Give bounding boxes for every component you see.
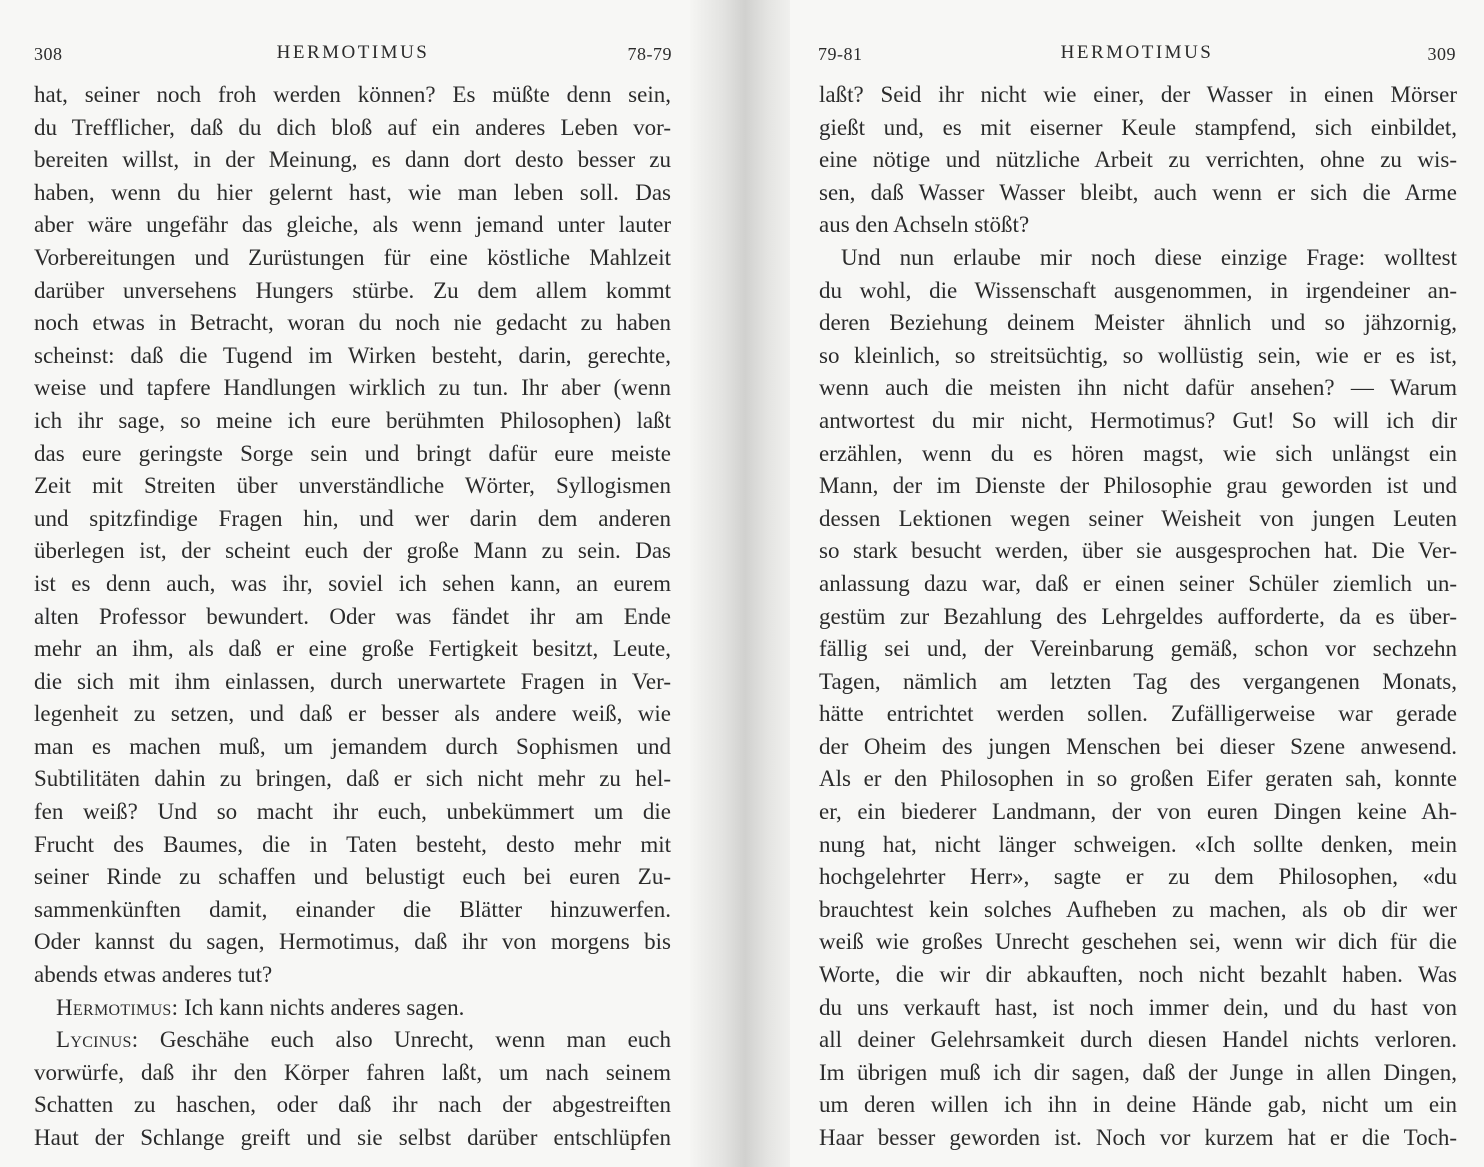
text-line: du uns verkauft hast, ist noch immer dei… (819, 992, 1457, 1025)
text-line: darüber unversehens Hungers stürbe. Zu d… (34, 275, 671, 308)
text-line: Subtilitäten dahin zu bringen, daß er si… (34, 763, 671, 796)
text-line: eine nötige und nützliche Arbeit zu verr… (819, 144, 1457, 177)
text-line: hat, seiner noch froh werden können? Es … (34, 79, 671, 112)
left-body-text: hat, seiner noch froh werden können? Es … (34, 79, 671, 1155)
running-title: HERMOTIMUS (818, 42, 1456, 64)
text-line: Lycinus: Geschähe euch also Unrecht, wen… (34, 1024, 671, 1057)
text-line: erzählen, wenn du es hören magst, wie si… (819, 438, 1457, 471)
text-line: um deren willen ich ihn in deine Hände g… (819, 1089, 1457, 1122)
text-line: wenn auch die meisten ihn nicht dafür an… (819, 372, 1457, 405)
text-line: anlassung dazu war, daß er einen seiner … (819, 568, 1457, 601)
text-line: so kleinlich, so streitsüchtig, so wollü… (819, 340, 1457, 373)
speaker-name: Hermotimus: (56, 995, 178, 1020)
text-line: der Oheim des jungen Menschen bei dieser… (819, 731, 1457, 764)
text-line: dessen Lektionen wegen seiner Weisheit v… (819, 503, 1457, 536)
running-title: HERMOTIMUS (34, 42, 672, 64)
text-line: aus den Achseln stößt? (819, 209, 1457, 242)
text-line: vorwürfe, daß ihr den Körper fahren laßt… (34, 1057, 671, 1090)
text-line: hochgelehrter Herr», sagte er zu dem Phi… (819, 861, 1457, 894)
right-body-text: laßt? Seid ihr nicht wie einer, der Wass… (819, 79, 1457, 1155)
text-line: man es machen muß, um jemandem durch Sop… (34, 731, 671, 764)
text-line: Frucht des Baumes, die in Taten besteht,… (34, 829, 671, 862)
text-line: legenheit zu setzen, und daß er besser a… (34, 698, 671, 731)
text-line: gestüm zur Bezahlung des Lehrgeldes auff… (819, 601, 1457, 634)
text-line: Zeit mit Streiten über unverständliche W… (34, 470, 671, 503)
left-running-head: 308 HERMOTIMUS 78-79 (34, 42, 672, 70)
speaker-name: Lycinus: (56, 1027, 138, 1052)
text-line: brauchtest kein solches Aufheben zu mach… (819, 894, 1457, 927)
text-line: ich ihr sage, so meine ich eure berühmte… (34, 405, 671, 438)
section-range: 78-79 (628, 44, 673, 65)
text-line: Worte, die wir dir abkauften, noch nicht… (819, 959, 1457, 992)
text-line: laßt? Seid ihr nicht wie einer, der Wass… (819, 79, 1457, 112)
text-line: antwortest du mir nicht, Hermotimus? Gut… (819, 405, 1457, 438)
text-line: scheinst: daß die Tugend im Wirken beste… (34, 340, 671, 373)
text-line: abends etwas anderes tut? (34, 959, 671, 992)
text-line: fen weiß? Und so macht ihr euch, unbeküm… (34, 796, 671, 829)
text-line: haben, wenn du hier gelernt hast, wie ma… (34, 177, 671, 210)
text-line: bereiten willst, in der Meinung, es dann… (34, 144, 671, 177)
text-line: Haar besser geworden ist. Noch vor kurze… (819, 1122, 1457, 1155)
text-line: das eure geringste Sorge sein und bringt… (34, 438, 671, 471)
text-line: hätte entrichtet werden sollen. Zufällig… (819, 698, 1457, 731)
text-line: all deiner Gelehrsamkeit durch diesen Ha… (819, 1024, 1457, 1057)
text-line: ist es denn auch, was ihr, soviel ich se… (34, 568, 671, 601)
text-line: sammenkünften damit, einander die Blätte… (34, 894, 671, 927)
text-line: mehr an ihm, als daß er eine große Ferti… (34, 633, 671, 666)
text-line: alten Professor bewundert. Oder was fänd… (34, 601, 671, 634)
text-line: die sich mit ihm einlassen, durch unerwa… (34, 666, 671, 699)
text-line: Und nun erlaube mir noch diese einzige F… (819, 242, 1457, 275)
text-line: Vorbereitungen und Zurüstungen für eine … (34, 242, 671, 275)
text-line: fällig sei und, der Vereinbarung gemäß, … (819, 633, 1457, 666)
text-line: Hermotimus: Ich kann nichts anderes sage… (34, 992, 671, 1025)
text-line: Haut der Schlange greift und sie selbst … (34, 1122, 671, 1155)
book-spread: 308 HERMOTIMUS 78-79 hat, seiner noch fr… (0, 0, 1484, 1167)
text-line: Schatten zu haschen, oder daß ihr nach d… (34, 1089, 671, 1122)
text-line: Tagen, nämlich am letzten Tag des vergan… (819, 666, 1457, 699)
text-line: Oder kannst du sagen, Hermotimus, daß ih… (34, 926, 671, 959)
text-line: seiner Rinde zu schaffen und belustigt e… (34, 861, 671, 894)
page-number: 309 (1428, 44, 1457, 65)
left-page: 308 HERMOTIMUS 78-79 hat, seiner noch fr… (0, 0, 700, 1167)
text-line: du Trefflicher, daß du dich bloß auf ein… (34, 112, 671, 145)
text-line: weise und tapfere Handlungen wirklich zu… (34, 372, 671, 405)
text-line: sen, daß Wasser Wasser bleibt, auch wenn… (819, 177, 1457, 210)
book-gutter-shadow (690, 0, 800, 1167)
text-line: gießt und, es mit eiserner Keule stampfe… (819, 112, 1457, 145)
text-line: er, ein biederer Landmann, der von euren… (819, 796, 1457, 829)
text-line: Im übrigen muß ich dir sagen, daß der Ju… (819, 1057, 1457, 1090)
right-running-head: 79-81 HERMOTIMUS 309 (818, 42, 1456, 70)
text-line: deren Beziehung deinem Meister ähnlich u… (819, 307, 1457, 340)
text-line: du wohl, die Wissenschaft ausgenommen, i… (819, 275, 1457, 308)
text-line: Als er den Philosophen in so großen Eife… (819, 763, 1457, 796)
text-line: und spitzfindige Fragen hin, und wer dar… (34, 503, 671, 536)
text-line: nung hat, nicht länger schweigen. «Ich s… (819, 829, 1457, 862)
text-line: aber wäre ungefähr das gleiche, als wenn… (34, 209, 671, 242)
text-line: noch etwas in Betracht, woran du noch ni… (34, 307, 671, 340)
text-line: Mann, der im Dienste der Philosophie gra… (819, 470, 1457, 503)
text-line: weiß wie großes Unrecht geschehen sei, w… (819, 926, 1457, 959)
text-line: überlegen ist, der scheint euch der groß… (34, 535, 671, 568)
text-line: so stark besucht werden, über sie ausges… (819, 535, 1457, 568)
